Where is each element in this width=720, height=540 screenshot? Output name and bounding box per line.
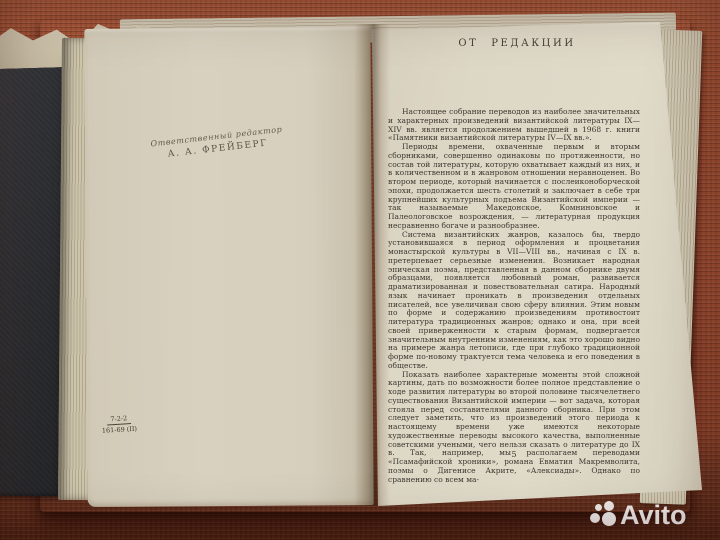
left-page: Ответственный редактор А. А. ФРЕЙБЕРГ 7-… xyxy=(84,27,373,507)
avito-logo-icon xyxy=(590,501,617,529)
editor-credit: Ответственный редактор А. А. ФРЕЙБЕРГ xyxy=(136,123,297,163)
avito-dot-icon xyxy=(604,501,614,511)
body-paragraph: Показать наиболее характерные моменты эт… xyxy=(388,371,640,485)
body-text: Настоящее собрание переводов из наиболее… xyxy=(388,108,640,484)
print-code-bottom: 161-69 (II) xyxy=(93,423,145,435)
right-page: ОТ РЕДАКЦИИ Настоящее собрание переводов… xyxy=(372,22,702,506)
gutter-shadow xyxy=(354,24,390,506)
body-paragraph: Система византийских жанров, казалось бы… xyxy=(388,231,640,371)
right-page-content: ОТ РЕДАКЦИИ Настоящее собрание переводов… xyxy=(388,22,646,506)
avito-dot-icon xyxy=(590,513,600,523)
section-heading: ОТ РЕДАКЦИИ xyxy=(388,38,646,49)
print-code-top: 7-2-2 xyxy=(106,414,131,425)
body-paragraph: Настоящее собрание переводов из наиболее… xyxy=(388,108,640,143)
avito-dot-icon xyxy=(595,504,602,511)
photo-of-open-book: Ответственный редактор А. А. ФРЕЙБЕРГ 7-… xyxy=(0,0,720,540)
page-number: 5 xyxy=(388,450,640,459)
avito-watermark: Avito xyxy=(590,501,687,529)
print-code: 7-2-2 161-69 (II) xyxy=(93,413,146,435)
body-paragraph: Периоды времени, охваченные первым и вто… xyxy=(388,143,640,231)
avito-dot-icon xyxy=(602,512,616,526)
avito-wordmark: Avito xyxy=(620,501,687,529)
